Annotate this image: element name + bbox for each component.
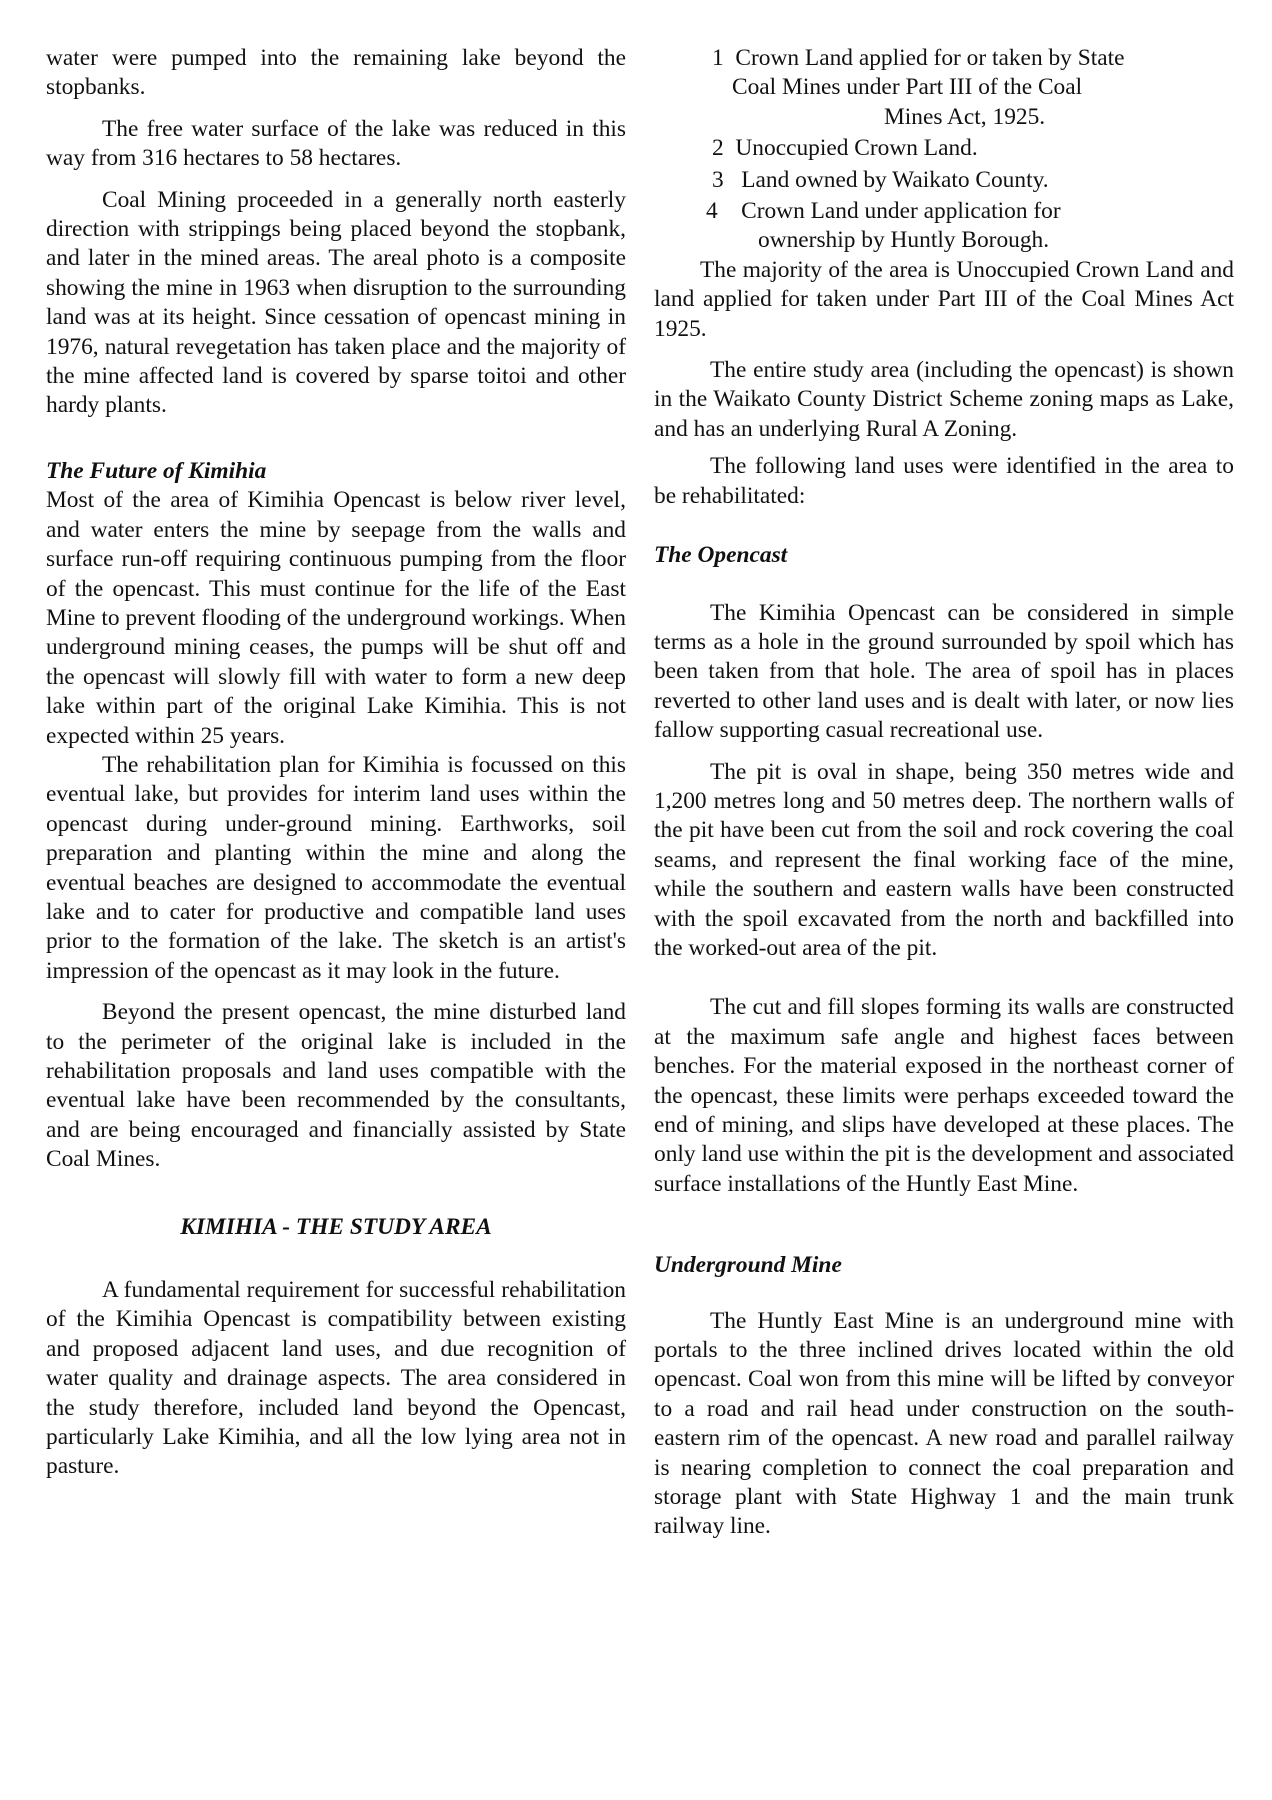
list-text: Coal Mines under Part III of the Coal [712,73,1234,102]
paragraph-pit-oval-shape: The pit is oval in shape, being 350 metr… [654,758,1234,964]
paragraph-entire-study-area: The entire study area (including the ope… [654,356,1234,444]
paragraph-cut-and-fill-slopes: The cut and fill slopes forming its wall… [654,993,1234,1199]
paragraph-kimihia-opencast-hole: The Kimihia Opencast can be considered i… [654,599,1234,746]
paragraph-below-river-level: Most of the area of Kimihia Opencast is … [46,486,626,751]
right-column: 1 Crown Land applied for or taken by Sta… [654,44,1234,1542]
list-item-2: 2 Unoccupied Crown Land. [654,134,1234,163]
paragraph-majority-of-area: The majority of the area is Unoccupied C… [654,256,1234,344]
list-text: ownership by Huntly Borough. [706,226,1234,255]
list-item-3: 3 Land owned by Waikato County. [654,166,1234,195]
list-text: Crown Land under application for [741,198,1061,224]
land-ownership-list: 1 Crown Land applied for or taken by Sta… [654,44,1234,256]
left-column: water were pumped into the remaining lak… [46,44,626,1482]
heading-the-opencast: The Opencast [654,541,1234,570]
list-item-4: 4 Crown Land under application for owner… [654,197,1234,256]
list-number: 4 [706,198,718,224]
paragraph-huntly-east-mine: The Huntly East Mine is an underground m… [654,1307,1234,1542]
list-number: 2 [712,135,724,161]
list-text: Unoccupied Crown Land. [735,135,977,161]
paragraph-free-water-surface: The free water surface of the lake was r… [46,115,626,174]
paragraph-following-land-uses: The following land uses were identified … [654,452,1234,511]
heading-future-of-kimihia: The Future of Kimihia [46,457,626,486]
paragraph-coal-mining: Coal Mining proceeded in a generally nor… [46,186,626,421]
heading-study-area: KIMIHIA - THE STUDY AREA [46,1213,626,1242]
heading-underground-mine: Underground Mine [654,1251,1234,1280]
list-number: 3 [712,167,724,193]
list-item-1: 1 Crown Land applied for or taken by Sta… [654,44,1234,132]
list-text: Mines Act, 1925. [712,103,1234,132]
paragraph-fundamental-requirement: A fundamental requirement for successful… [46,1276,626,1482]
list-number: 1 [712,45,724,71]
list-text: Crown Land applied for or taken by State [735,45,1124,71]
paragraph-stopbanks: water were pumped into the remaining lak… [46,44,626,103]
list-text: Land owned by Waikato County. [741,167,1048,193]
paragraph-rehabilitation-plan: The rehabilitation plan for Kimihia is f… [46,751,626,986]
paragraph-beyond-opencast: Beyond the present opencast, the mine di… [46,998,626,1174]
